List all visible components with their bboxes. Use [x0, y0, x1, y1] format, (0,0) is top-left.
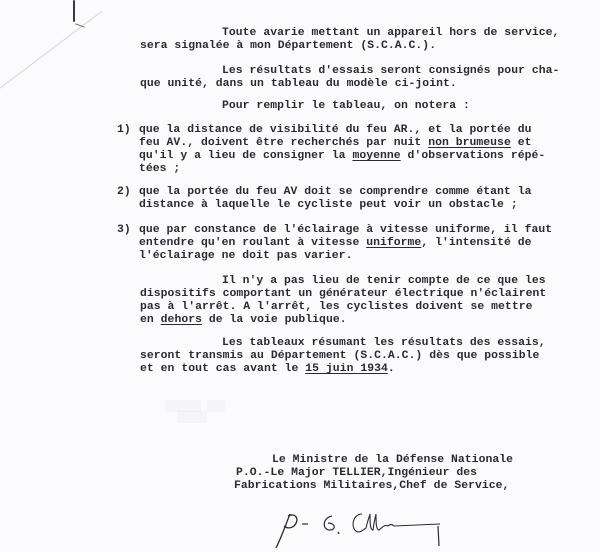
- list-item-line: feu AV., doivent être recherchés par nui…: [139, 137, 532, 150]
- list-number: 3): [117, 224, 131, 237]
- signature-line: Fabrications Militaires,Chef de Service,: [234, 480, 509, 493]
- paragraph-line: dispositifs comportant un générateur éle…: [140, 288, 546, 301]
- paragraph-line: Il n'y a pas lieu de tenir compte de ce …: [222, 275, 546, 288]
- list-item-line: distance à laquelle le cycliste peut voi…: [139, 199, 518, 212]
- paragraph-line: Les tableaux résumant les résultats des …: [222, 337, 546, 350]
- handwritten-signature: P. E. Tellier: [270, 510, 470, 552]
- paragraph-line: en dehors de la voie publique.: [140, 314, 347, 327]
- list-item-line: l'éclairage ne doit pas varier.: [139, 250, 352, 263]
- list-number: 2): [117, 186, 131, 199]
- list-item-line: tées ;: [139, 163, 180, 176]
- signature-line: Le Ministre de la Défense Nationale: [272, 454, 513, 467]
- list-item-line: qu'il y a lieu de consigner la moyenne d…: [139, 150, 545, 163]
- document-page: Toute avarie mettant un appareil hors de…: [0, 0, 600, 552]
- paragraph-line: sera signalée à mon Département (S.C.A.C…: [140, 40, 436, 53]
- signature-line: P.O.-Le Major TELLIER,Ingénieur des: [236, 467, 477, 480]
- margin-mark: [73, 0, 75, 22]
- paragraph-line: et en tout cas avant le 15 juin 1934.: [140, 363, 395, 376]
- list-number: 1): [117, 124, 131, 137]
- underlined-text: uniforme: [366, 237, 421, 249]
- underlined-text: 15 juin 1934: [305, 363, 388, 375]
- list-item-line: que la distance de visibilité du feu AR.…: [139, 124, 531, 137]
- list-item-line: entendre qu'en roulant à vitesse uniform…: [139, 237, 532, 250]
- list-item-line: que par constance de l'éclairage à vites…: [139, 224, 552, 237]
- underlined-text: non brumeuse: [428, 137, 511, 149]
- underlined-text: moyenne: [352, 150, 400, 162]
- bleed-through-stamp: ▒▒▒▒▒▒ ▒▒▒ ▒▒▒▒▒: [165, 402, 285, 432]
- underlined-text: dehors: [161, 314, 202, 326]
- paragraph-line: seront transmis au Département (S.C.A.C.…: [140, 350, 539, 363]
- list-item-line: que la portée du feu AV doit se comprend…: [139, 186, 531, 199]
- intro-line: Pour remplir le tableau, on notera :: [222, 100, 470, 113]
- paragraph-line: Les résultats d'essais seront consignés …: [222, 65, 559, 78]
- paragraph-line: que unité, dans un tableau du modèle ci-…: [140, 78, 457, 91]
- paragraph-line: pas à l'arrêt. A l'arrêt, les cyclistes …: [140, 301, 532, 314]
- paragraph-line: Toute avarie mettant un appareil hors de…: [222, 27, 559, 40]
- paper-crease: [0, 11, 102, 96]
